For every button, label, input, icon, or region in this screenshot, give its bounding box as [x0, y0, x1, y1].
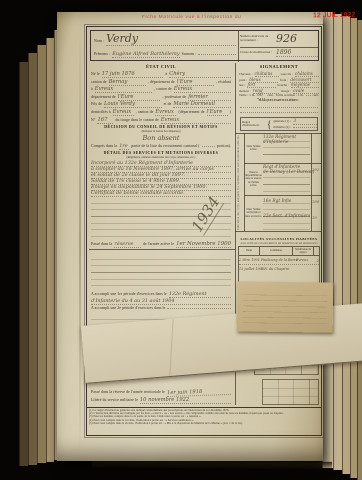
territoriale-date: 1er juin 1918: [167, 388, 231, 397]
dept-label: , département de: [148, 80, 175, 84]
corps-terr-num2: 19: [312, 215, 317, 220]
corps-active-lines: 132e Régiment d'Infanterie: [263, 135, 310, 161]
corps-vertical-label: Indication des corps auxquels les hommes…: [237, 134, 243, 230]
paren: ): [230, 110, 231, 114]
book-page-edge: [46, 38, 54, 462]
corps-dispo-value2: de Bernay (1er Bureau): [263, 170, 310, 175]
corps-terr-label: Dans l'armée territoriale et dans sa rés…: [245, 196, 262, 230]
corps-active-label: Dans l'armée active.: [245, 134, 262, 162]
libere-label: Libéré du service militaire le: [91, 398, 138, 402]
footnotes-box: (1) Le degré d'instruction générale sera…: [87, 407, 321, 435]
compris-label-b: partie de la liste du recrutement canton…: [131, 144, 199, 148]
footnote-text: Pour ceux compris dans la 2e liste, l'in…: [93, 422, 319, 425]
a-label: à: [165, 72, 167, 76]
marques-label: MARQUES PARTICULIÈRES :: [237, 99, 321, 102]
slip-faint-writing: [243, 289, 327, 324]
page-fold-line: [79, 32, 81, 452]
signalement-title: SIGNALEMENT: [237, 64, 321, 69]
canton-value: Bernay: [109, 79, 146, 86]
book-page-edge: [350, 18, 357, 478]
dept2-label: département de: [91, 95, 116, 99]
matricule-label: Numéro matricule du recrutement :: [240, 35, 274, 42]
periode2-label: A accompli une 2e période d'exercices da…: [91, 306, 165, 310]
instruction-generale-label: générale (1) :: [273, 119, 291, 123]
corps-terr-lines: 16e Rgt Infie 22e Sect. d'Infirmiers: [263, 197, 310, 230]
dom-canton-value: Évreux: [155, 109, 176, 116]
taille-unit: cent.: [267, 93, 273, 97]
libere-date: 10 novembre 1922: [140, 397, 231, 404]
corps-terr-value2: 22e Sect. d'Infirmiers: [263, 214, 310, 219]
taille-rect-blank: [306, 93, 311, 96]
periode1-corps: 132e Régiment: [169, 291, 231, 298]
corps-dispo-lines: Régt d'Infanterie de Bernay (1er Bureau): [263, 165, 310, 193]
father-name: Louis Verdy: [104, 101, 162, 108]
instruction-brace: {: [267, 118, 271, 130]
dom-dept-value: l'Eure: [207, 109, 228, 116]
mother-name: Marie Dormeuil: [173, 101, 231, 108]
profession-label: , profession de: [162, 95, 186, 99]
classe-value: 1896: [276, 49, 318, 57]
compris-label-a: Compris dans la: [91, 144, 117, 148]
localites-subtitle: (PAR SUITE DE CHANGEMENTS DE DOMICILE OU…: [237, 242, 321, 245]
localite-num: 2: [317, 258, 319, 263]
localite-commune: Faubourg de la Barre: [261, 258, 294, 262]
instruction-label: Degré d'instruction :: [241, 121, 267, 128]
footnote: (5) Pour ceux compris dans la 2e liste, …: [89, 422, 319, 425]
corps-dispo-label: Dans la disponibilité ou dans la réserve…: [245, 164, 262, 194]
instruction-generale-value: 3: [293, 119, 317, 125]
periode1-dates: d'Infanterie du 4 au 31 août 1904: [91, 298, 231, 305]
canton-label: canton de: [91, 80, 107, 84]
instruction-militaire-label: militaire (2) :: [273, 125, 291, 129]
compris-label-c: portion).: [217, 144, 231, 148]
blank-ruled-lines: [91, 253, 231, 289]
marques-blank: [240, 105, 318, 108]
header-box: Nom : Verdy Prénoms : Eugène Alfred Bart…: [90, 30, 319, 61]
instruction-box: Degré d'instruction : { générale (1) : 3…: [240, 117, 318, 131]
book-page-edge: [322, 12, 333, 468]
book-bottom-edge: [92, 460, 332, 470]
passe-date: 1er Novembre 1900: [176, 241, 231, 248]
section-rule: [89, 249, 235, 250]
residence-value: Évreux: [95, 86, 152, 93]
ne-le-label: Né le: [91, 72, 100, 76]
corps-bottom-rule: [235, 231, 321, 232]
matricule-value: 926: [276, 32, 297, 45]
territoriale-label: Passé dans la réserve de l'armée territo…: [91, 390, 165, 394]
fils-de-label: Fils de: [91, 102, 102, 106]
localite-subdivision: Évreux: [296, 258, 315, 262]
domicile-value: Évreux: [113, 109, 134, 116]
birth-place: Chéry: [169, 71, 231, 78]
periods-grid: [262, 379, 319, 405]
surnom-label: Surnom :: [182, 52, 197, 56]
inspection-stamp-text: Fiche Matricule vue à l'inspection du: [142, 15, 314, 20]
paper-crease: [169, 319, 173, 376]
localites-col-dates: Dates: [239, 249, 259, 252]
book-page-edge: [37, 45, 46, 463]
passe-value: réserve: [114, 241, 141, 248]
header-divider: [238, 31, 239, 62]
prenoms-value: Eugène Alfred Barthélemy: [112, 51, 179, 58]
periode1-label: A accompli une 1re période d'exercices d…: [91, 292, 167, 296]
localites-col-communes: Communes: [259, 247, 292, 255]
periode2-blank: [167, 306, 231, 309]
nom-value: Verdy: [106, 32, 236, 46]
profession-value: fermier: [188, 94, 231, 101]
birth-date: 17 juin 1876: [102, 71, 164, 78]
nom-label: Nom :: [94, 39, 104, 43]
instruction-militaire-value: [293, 127, 317, 128]
classe-label: Classe de mobilisation :: [240, 51, 274, 54]
marques-blank: [240, 110, 318, 113]
book-page-edge: [19, 62, 28, 466]
localite-commune: 5 R. du Chapitre: [261, 267, 294, 271]
localite-date: 13 juillet 1903: [239, 267, 259, 271]
footnote-number: (5): [89, 422, 92, 425]
inspection-stamp-date: 12 JUIL 1922: [313, 12, 361, 20]
prenoms-label: Prénoms :: [94, 52, 110, 56]
domicilies-label: domiciliés à: [91, 110, 111, 114]
dom-canton-label: , canton de: [136, 110, 154, 114]
localites-col-extra: [313, 247, 319, 255]
dept-value: l'Eure: [177, 79, 214, 86]
corps-terr-num1: 280: [312, 199, 319, 204]
localites-row: 2 9bre 1901 Faubourg de la Barre Évreux …: [239, 256, 319, 264]
photographed-register: Nom : Verdy Prénoms : Eugène Alfred Bart…: [0, 0, 362, 480]
tirage-canton: Évreux: [161, 117, 231, 124]
book-page-edge: [28, 53, 37, 465]
taille-rect-unit: cent.: [313, 93, 319, 97]
compris-blank: [202, 144, 215, 147]
et-de-label: et de: [164, 102, 172, 106]
corps-dispo-num: 292: [312, 167, 319, 172]
decision-value: Bon absent: [89, 134, 233, 142]
localites-col-subdivision: Subdivision de région: [292, 247, 313, 255]
surnom-blank: [198, 52, 236, 55]
tirage-label: du tirage dans le canton de: [115, 118, 158, 122]
corps-terr-value1: 16e Rgt Infie: [263, 199, 310, 204]
passe-label-a: Passé dans la: [91, 242, 112, 246]
taille-rect-label: Taille rectifiée : 1 m.: [276, 93, 304, 97]
localite-date: 2 9bre 1901: [239, 258, 259, 262]
attached-paper-slip: [237, 281, 334, 332]
book-page-edge: [357, 20, 362, 480]
passe-label-b: de l'armée active le: [143, 242, 174, 246]
tirage-number: 167: [97, 117, 113, 124]
residant-label: , résidant: [216, 80, 231, 84]
taille-label: Taille : 1 m.: [239, 93, 255, 97]
corps-active-value: 132e Régiment d'Infanterie: [263, 135, 310, 145]
dom-dept-label: (département de: [178, 110, 204, 114]
services-subtitle: (Régiments, numéros matricules des corps…: [89, 156, 233, 159]
localites-row: 13 juillet 1903 5 R. du Chapitre: [239, 264, 319, 272]
register-page: Nom : Verdy Prénoms : Eugène Alfred Bart…: [57, 12, 323, 461]
etat-civil-title: ÉTAT CIVIL: [89, 64, 233, 69]
res-a-label: à: [91, 87, 93, 91]
compris-value: 1re: [119, 143, 129, 150]
tirage-no-label: N°: [91, 118, 95, 122]
book-page-edge: [333, 14, 342, 470]
book-page-edge: [342, 16, 350, 474]
dept2-value: l'Eure: [118, 94, 161, 101]
res-canton-label: , canton de: [154, 87, 172, 91]
res-canton-value: Évreux: [174, 86, 231, 93]
